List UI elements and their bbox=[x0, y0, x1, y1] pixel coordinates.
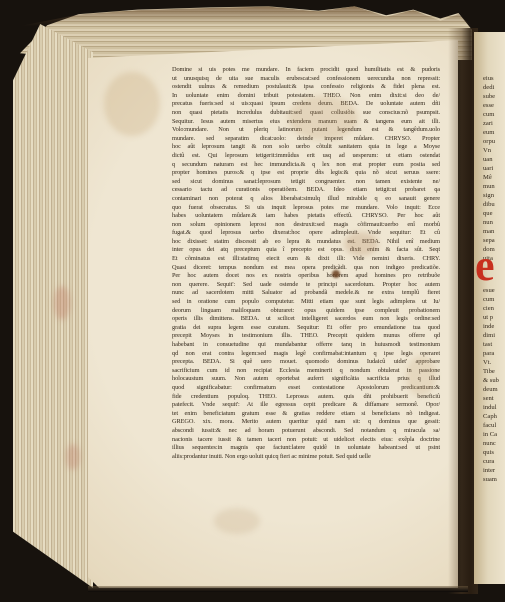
text-line-fragment: suam bbox=[483, 475, 505, 484]
text-line: Quasi diceret: tempus nondum est mea ope… bbox=[172, 264, 440, 273]
text-line: GREGO. xix. mora. Merito autem queritur … bbox=[172, 418, 440, 427]
text-line-fragment: eius bbox=[483, 74, 505, 83]
text-line: aliis:prodantur inuiti. Non ergo uoluit … bbox=[172, 453, 440, 462]
text-line: dictû est. Qui leprosum tetigerit:immûdu… bbox=[172, 152, 440, 161]
text-line-fragment: indul bbox=[483, 403, 505, 412]
text-line-fragment: sent bbox=[483, 394, 505, 403]
text-line-fragment: mun bbox=[483, 182, 505, 191]
text-line: nunc ad sacerdotem mitti Saluator ad pro… bbox=[172, 289, 440, 298]
text-line: abscondi iussit:& nec ad horam potuerunt… bbox=[172, 427, 440, 436]
text-line: precatus fueris:sed si uis:quasi ipsum c… bbox=[172, 100, 440, 109]
right-page-text-fragments-top: eiusdedisubeessecumzarieumorpuVnuanuariM… bbox=[483, 74, 505, 263]
text-line-fragment: & sub bbox=[483, 376, 505, 385]
text-line: non querere. Sequit': Sed uade ostende t… bbox=[172, 281, 440, 290]
text-line-fragment: cien bbox=[483, 304, 505, 313]
text-line: hoc aût leprosum tangit & non solo uerbo… bbox=[172, 143, 440, 152]
text-line: Et cõminatus est illi:statimq eiecit eum… bbox=[172, 255, 440, 264]
text-line: qd non erat contra legem:sed magis legê … bbox=[172, 350, 440, 359]
right-page-text-fragments-bottom: esuecumcienut pindedimitastparaVt.Tibe& … bbox=[483, 286, 505, 484]
text-line: holocaustum suum. Non autem oportebat au… bbox=[172, 375, 440, 384]
text-line-fragment: dimi bbox=[483, 331, 505, 340]
text-line: propter homines puros:& q ipse est propr… bbox=[172, 169, 440, 178]
book-photo: Domine si uis potes me mundare. In facie… bbox=[0, 0, 505, 602]
text-line: sed sicut dominus sanat:leprosum tetigit… bbox=[172, 178, 440, 187]
text-line-fragment: dedi bbox=[483, 83, 505, 92]
text-line-fragment: orpu bbox=[483, 137, 505, 146]
text-line-fragment: cura bbox=[483, 457, 505, 466]
text-line-fragment: Caph bbox=[483, 412, 505, 421]
text-line: ut unusquisq de uita sue maculis erubesc… bbox=[172, 75, 440, 84]
text-line-fragment: quis bbox=[483, 448, 505, 457]
page-bottom-shadow bbox=[88, 586, 468, 592]
text-line: mundare. sed separatim dicat:uolo: deind… bbox=[172, 135, 440, 144]
text-line-fragment: ut p bbox=[483, 313, 505, 322]
text-line: patefecit. Vnde sequit': At ille egressu… bbox=[172, 401, 440, 410]
text-line-fragment: zari bbox=[483, 119, 505, 128]
text-line-fragment: Vn bbox=[483, 146, 505, 155]
text-line-fragment: inde bbox=[483, 322, 505, 331]
book-fore-edge bbox=[13, 24, 93, 588]
text-line: precepit Moyses in testimonium illis. TH… bbox=[172, 332, 440, 341]
text-line: cessario tactu ad curationis operatiõem.… bbox=[172, 186, 440, 195]
rubricated-initial-e: e bbox=[475, 244, 495, 288]
text-line: Volo:mundare. Non ut pleriq latinorum pu… bbox=[172, 126, 440, 135]
text-line: quo fuerat obsecratus. Si uis inquit lep… bbox=[172, 204, 440, 213]
text-line: quod significabatur: confirmatum esset c… bbox=[172, 384, 440, 393]
text-line-fragment: para bbox=[483, 349, 505, 358]
text-line-fragment: esse bbox=[483, 101, 505, 110]
text-line: hoc dixisset: statim discessit ab eo lep… bbox=[172, 238, 440, 247]
right-page: eiusdedisubeessecumzarieumorpuVnuanuariM… bbox=[474, 32, 505, 584]
text-line: tet enim beneficiatum gratum esse & grat… bbox=[172, 410, 440, 419]
text-line-fragment: facul bbox=[483, 421, 505, 430]
text-line-fragment: Vt. bbox=[483, 358, 505, 367]
text-line: In uoluntate enim domini tribuit potesta… bbox=[172, 92, 440, 101]
text-line: precepta. BEDA. Si quê uero mouet. quomo… bbox=[172, 358, 440, 367]
text-line-fragment: cum bbox=[483, 295, 505, 304]
text-line-fragment: nun bbox=[483, 218, 505, 227]
text-line-fragment: uari bbox=[483, 164, 505, 173]
text-line-fragment: sign bbox=[483, 191, 505, 200]
text-line: sacrificium cum id non recipiat Ecclesia… bbox=[172, 367, 440, 376]
text-line: inter opus dei atq preceptum quia î prec… bbox=[172, 246, 440, 255]
text-line-fragment: Tibe bbox=[483, 367, 505, 376]
text-line: habes uoluntatem mûdare.& iam habes piet… bbox=[172, 212, 440, 221]
text-line: sed in oratione cum populo computetur. M… bbox=[172, 298, 440, 307]
text-line: gratia dei supra legem esse curatum. Seq… bbox=[172, 324, 440, 333]
text-line-fragment: sube bbox=[483, 92, 505, 101]
text-line-fragment: man bbox=[483, 227, 505, 236]
text-line-fragment: que bbox=[483, 209, 505, 218]
text-line-fragment: nunc bbox=[483, 439, 505, 448]
text-line-fragment: Mê bbox=[483, 173, 505, 182]
text-line: non quasi pietatis incredulus dubitauit:… bbox=[172, 109, 440, 118]
text-line-fragment: eum bbox=[483, 128, 505, 137]
text-line: ostendit uulnus & remedium postulauit:& … bbox=[172, 83, 440, 92]
text-line: contaminari non poterat q alios liberaba… bbox=[172, 195, 440, 204]
text-line-fragment: cum bbox=[483, 110, 505, 119]
text-line: deorum linguam maliloquam obturaret: opu… bbox=[172, 307, 440, 316]
text-line-fragment: deum bbox=[483, 385, 505, 394]
text-line: q secundum naturam est hec immundicia.& … bbox=[172, 161, 440, 170]
text-line: Domine si uis potes me mundare. In facie… bbox=[172, 66, 440, 75]
text-line: nacionis tacere iussit & tamen taceri no… bbox=[172, 436, 440, 445]
text-line: Sequitur. Iesus autem misertus eius exte… bbox=[172, 118, 440, 127]
text-line: non solum opinionem leprosi non destruxi… bbox=[172, 221, 440, 230]
left-page: Domine si uis potes me mundare. In facie… bbox=[88, 40, 458, 588]
text-line-fragment: dibu bbox=[483, 200, 505, 209]
text-line: operis illis dimittens. BEDA. ut scilice… bbox=[172, 315, 440, 324]
text-line: Per hoc autem docet nos ex nostris operi… bbox=[172, 272, 440, 281]
text-line-fragment: inter bbox=[483, 466, 505, 475]
text-line-fragment: tast bbox=[483, 340, 505, 349]
text-line-fragment: uan bbox=[483, 155, 505, 164]
text-line-fragment: in Ca bbox=[483, 430, 505, 439]
text-line: fugat.& quod leprosus uerbo dixerat:hoc … bbox=[172, 229, 440, 238]
text-line-fragment: esue bbox=[483, 286, 505, 295]
text-line: habebant in consuetudine qui mundabantur… bbox=[172, 341, 440, 350]
book-top-edge-rim bbox=[20, 4, 472, 26]
text-line: fide credentium populoq. THEO. Leprosus … bbox=[172, 393, 440, 402]
text-line: illius sequentes:in magnis que faciunt:l… bbox=[172, 444, 440, 453]
text-column: Domine si uis potes me mundare. In facie… bbox=[172, 66, 440, 461]
